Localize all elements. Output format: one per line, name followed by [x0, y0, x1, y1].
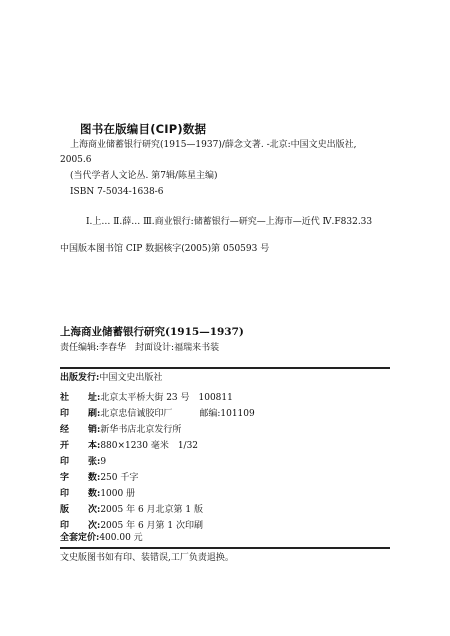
cip-isbn: ISBN 7-5034-1638-6: [70, 187, 163, 198]
book-title: 上海商业储蓄银行研究(1915—1937): [60, 324, 244, 339]
colophon-row-word-count: 字数:250 千字: [60, 470, 138, 483]
colophon-row-distributor: 经销:新华书店北京发行所: [60, 422, 181, 435]
publisher-line: 出版发行:中国文史出版社: [60, 373, 162, 384]
colophon-row-format: 开本:880×1230 毫米 1/32: [60, 438, 198, 451]
publisher-label: 出版发行:: [60, 373, 99, 383]
colophon-row-printer: 印刷:北京忠信诚胶印厂 邮编:101109: [60, 406, 255, 419]
colophon-row-edition: 版次:2005 年 6 月北京第 1 版: [60, 502, 203, 515]
colophon-row-print-run: 印数:1000 册: [60, 486, 135, 499]
cip-heading: 图书在版编目(CIP)数据: [80, 121, 206, 137]
cip-classification: Ⅰ.上… Ⅱ.薛… Ⅲ.商业银行:储蓄银行—研究—上海市—近代 Ⅳ.F832.3…: [86, 217, 372, 228]
publisher-value: 中国文史出版社: [99, 373, 162, 383]
price-label: 全套定价:: [60, 533, 99, 543]
cip-series: (当代学者人文论丛. 第7辑/陈星主编): [70, 171, 218, 182]
bottom-divider: [60, 547, 390, 549]
colophon-row-impression: 印次:2005 年 6 月第 1 次印刷: [60, 518, 203, 531]
cip-approval-number: 中国版本图书馆 CIP 数据核字(2005)第 050593 号: [60, 244, 269, 255]
colophon-row-sheets: 印张:9: [60, 454, 106, 467]
editors-line: 责任编辑:李春华 封面设计:福瑞来书装: [60, 343, 219, 354]
cip-line-1: 上海商业储蓄银行研究(1915—1937)/薛念文著. -北京:中国文史出版社,: [70, 140, 357, 151]
return-policy-notice: 文史版图书如有印、装错误,工厂负责退换。: [60, 553, 234, 564]
cip-line-2: 2005.6: [60, 155, 92, 166]
price-line: 全套定价:400.00 元: [60, 533, 143, 544]
top-divider: [60, 367, 390, 369]
colophon-row-address: 社址:北京太平桥大街 23 号 100811: [60, 390, 233, 403]
price-value: 400.00 元: [99, 533, 142, 543]
